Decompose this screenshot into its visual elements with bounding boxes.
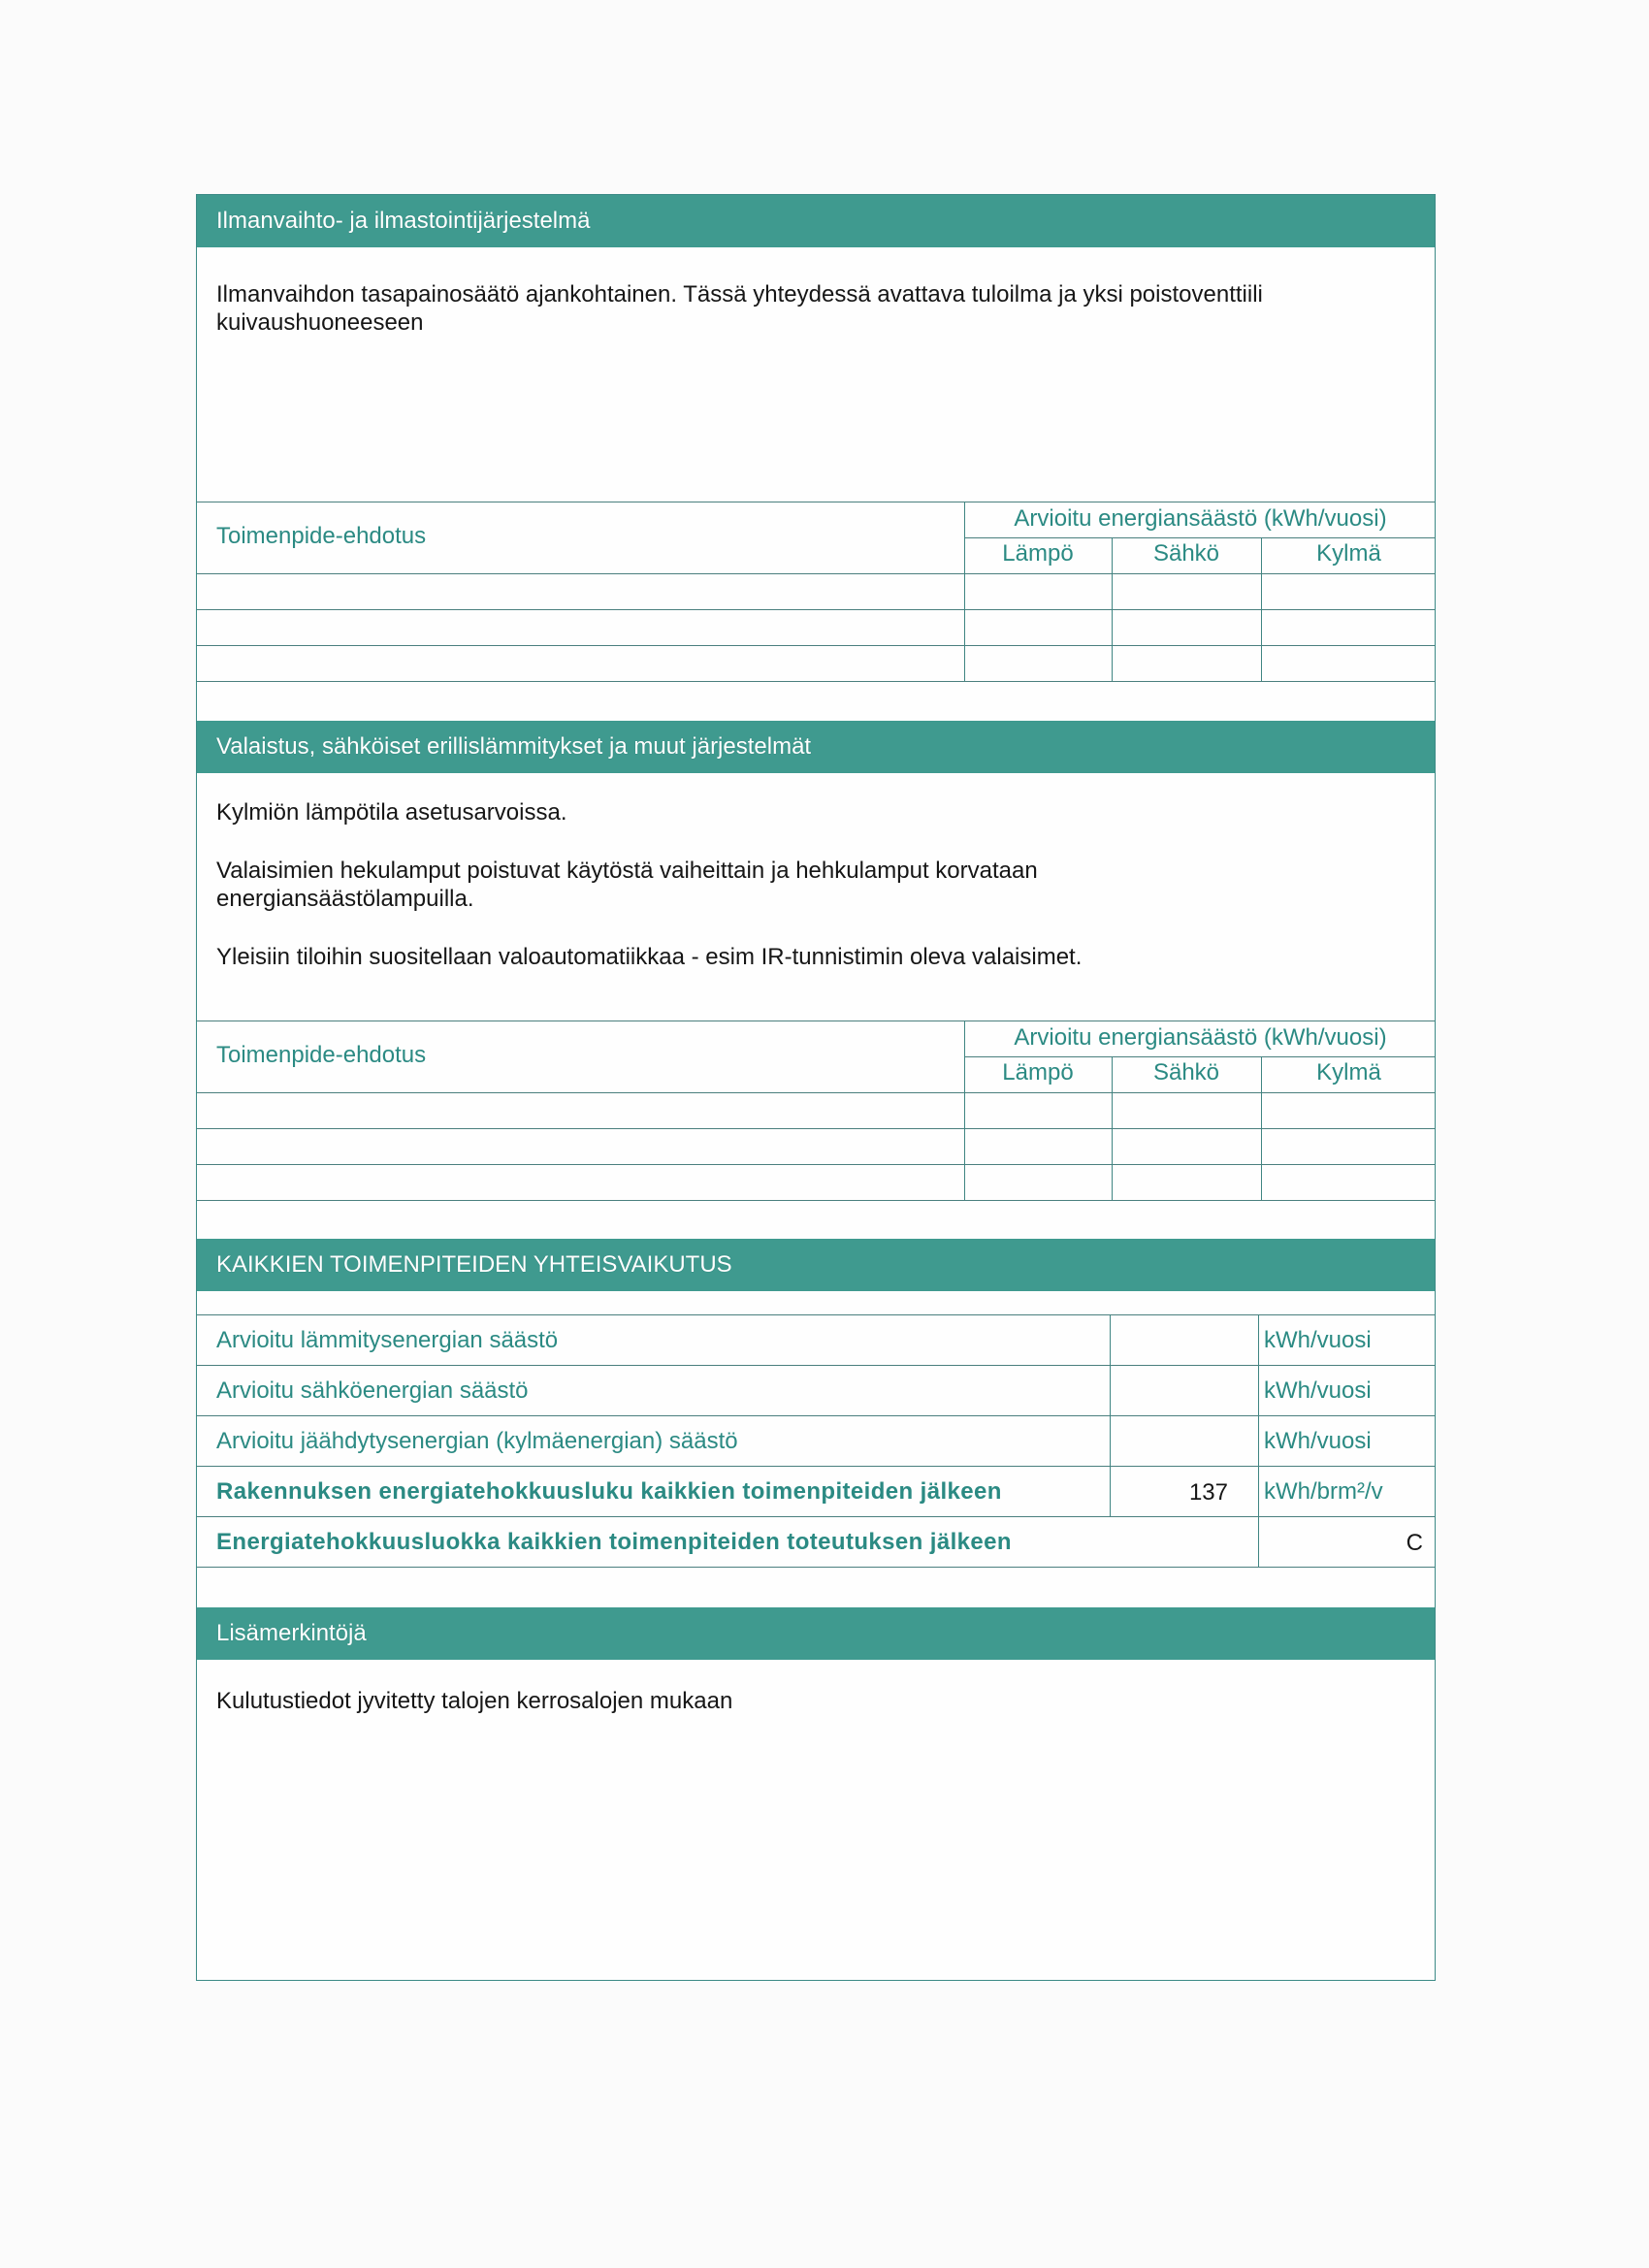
column-electricity: Sähkö	[1112, 540, 1261, 567]
efficiency-number-unit: kWh/brm²/v	[1264, 1478, 1383, 1506]
section-header-notes: Lisämerkintöjä	[197, 1607, 1435, 1660]
notes-text: Kulutustiedot jyvitetty talojen kerrosal…	[216, 1687, 732, 1715]
lighting-paragraph: Kylmiön lämpötila asetusarvoissa.	[216, 798, 567, 826]
column-electricity: Sähkö	[1112, 1059, 1261, 1086]
cooling-savings-unit: kWh/vuosi	[1264, 1428, 1372, 1455]
electricity-savings-label: Arvioitu sähköenergian säästö	[216, 1377, 529, 1405]
measure-header: Toimenpide-ehdotus	[216, 1042, 426, 1069]
electricity-savings-unit: kWh/vuosi	[1264, 1377, 1372, 1405]
efficiency-class-label: Energiatehokkuusluokka kaikkien toimenpi…	[216, 1529, 1012, 1556]
efficiency-number-label: Rakennuksen energiatehokkuusluku kaikkie…	[216, 1478, 1002, 1506]
heating-savings-label: Arvioitu lämmitysenergian säästö	[216, 1327, 558, 1354]
savings-header: Arvioitu energiansäästö (kWh/vuosi)	[964, 1024, 1437, 1052]
section-header-lighting: Valaistus, sähköiset erillislämmitykset …	[197, 721, 1435, 773]
efficiency-class-value: C	[1258, 1529, 1423, 1557]
measure-header: Toimenpide-ehdotus	[216, 523, 426, 550]
column-heat: Lämpö	[964, 540, 1112, 567]
column-cooling: Kylmä	[1261, 540, 1437, 567]
ventilation-description-line: kuivaushuoneeseen	[216, 308, 1263, 337]
efficiency-number-value: 137	[1110, 1478, 1228, 1507]
heating-savings-unit: kWh/vuosi	[1264, 1327, 1372, 1354]
lighting-line: Valaisimien hekulamput poistuvat käytöst…	[216, 857, 1038, 885]
lighting-line: energiansäästölampuilla.	[216, 885, 1038, 913]
section-header-ventilation: Ilmanvaihto- ja ilmastointijärjestelmä	[197, 195, 1435, 247]
ventilation-description: Ilmanvaihdon tasapainosäätö ajankohtaine…	[216, 280, 1263, 337]
savings-header: Arvioitu energiansäästö (kWh/vuosi)	[964, 505, 1437, 533]
cooling-savings-label: Arvioitu jäähdytysenergian (kylmäenergia…	[216, 1428, 738, 1455]
lighting-line: Kylmiön lämpötila asetusarvoissa.	[216, 798, 567, 826]
lighting-line: Yleisiin tiloihin suositellaan valoautom…	[216, 943, 1082, 971]
energy-certificate-form: Ilmanvaihto- ja ilmastointijärjestelmä I…	[196, 194, 1436, 1981]
column-heat: Lämpö	[964, 1059, 1112, 1086]
column-cooling: Kylmä	[1261, 1059, 1437, 1086]
lighting-paragraph: Yleisiin tiloihin suositellaan valoautom…	[216, 943, 1082, 971]
section-header-combined: KAIKKIEN TOIMENPITEIDEN YHTEISVAIKUTUS	[197, 1239, 1435, 1291]
lighting-paragraph: Valaisimien hekulamput poistuvat käytöst…	[216, 857, 1038, 913]
ventilation-description-line: Ilmanvaihdon tasapainosäätö ajankohtaine…	[216, 280, 1263, 308]
